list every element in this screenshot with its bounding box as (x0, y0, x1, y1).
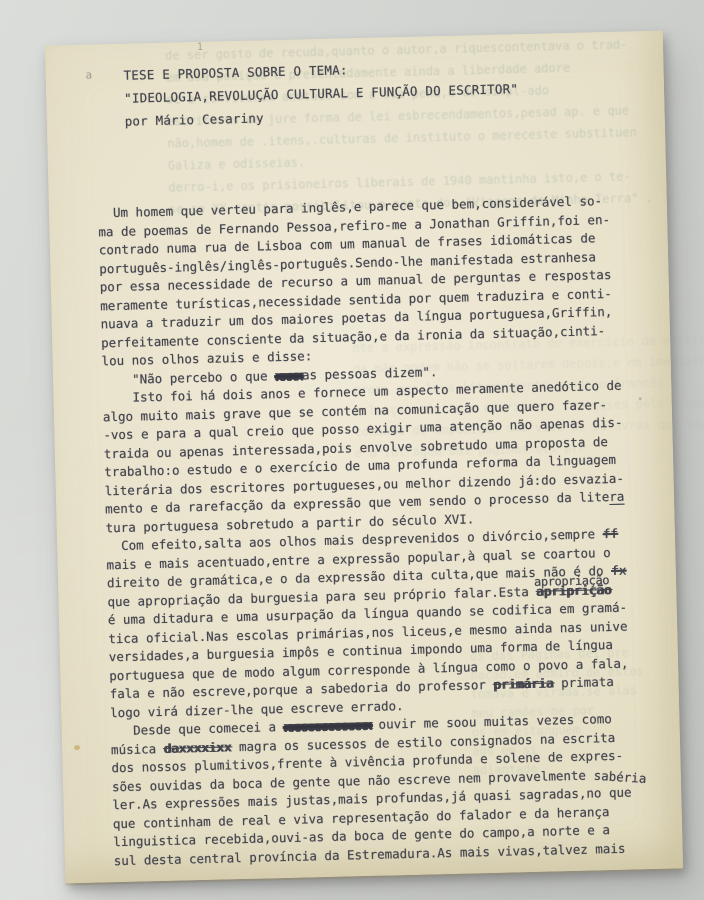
photo-background: de ser gosto de recuda,quanto o autor,a … (0, 0, 704, 900)
stray-mark-above: 1 (197, 42, 203, 53)
typed-strikeout: xxxx (275, 367, 302, 383)
bleedthrough-line: Galiza e odisseias. (168, 143, 652, 177)
paper-speck (639, 397, 642, 400)
page-title-block: TESE E PROPOSTA SOBRE O TEMA: "IDEOLOGIA… (123, 54, 519, 133)
typed-correction: apropriaçãoapriprição (536, 580, 612, 600)
typed-body: Um homem que verteu para inglês,e parece… (98, 191, 648, 870)
typed-strikeout: fx (611, 563, 626, 578)
typed-text: as pessoas dizem". (302, 364, 438, 382)
typed-strikeout: ff (602, 526, 617, 541)
typed-text: ouvir me soou muitas vezes como (371, 711, 612, 732)
typed-text: lou nos olhos azuis e disse: (101, 348, 312, 368)
typed-text: Desde que comecei a (133, 719, 284, 738)
typed-strikeout: sabéria (593, 766, 647, 788)
document-page: de ser gosto de recuda,quanto o autor,a … (45, 31, 683, 884)
typed-strikeout: daxxxxixx (164, 739, 232, 756)
typed-strikeout: ra (609, 489, 624, 504)
typed-text: "Não percebo o que (132, 368, 275, 386)
typed-strikeout: xxxxxxxxxxxxx (283, 717, 371, 734)
stray-mark: a (85, 69, 92, 82)
typed-strikeout: primária (493, 675, 554, 691)
typed-text: música (111, 740, 164, 756)
typed-text: primata (553, 674, 614, 690)
paper-speck (74, 745, 80, 750)
